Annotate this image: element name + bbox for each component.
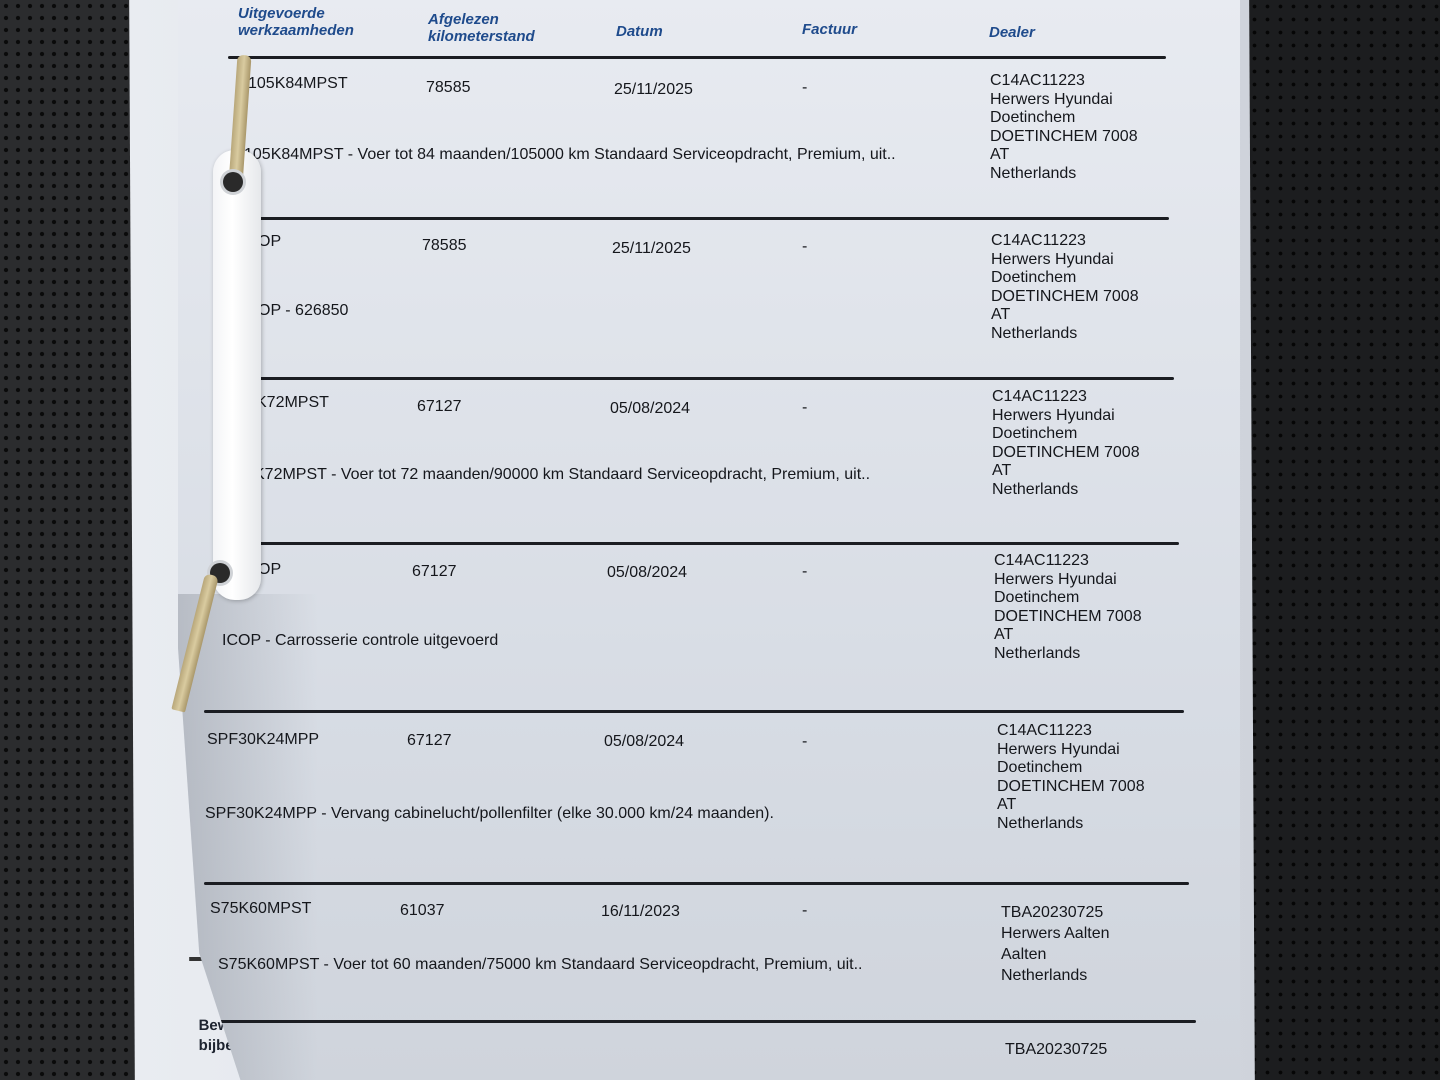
dealer-code: TBA20230725: [1005, 1041, 1107, 1059]
invoice-value: -: [802, 733, 807, 751]
row-rule: [204, 710, 1184, 713]
date-value: 05/08/2024: [607, 564, 687, 582]
work-description: OP - 626850: [258, 302, 348, 320]
punch-hole-top: [223, 172, 243, 192]
date-value: 05/08/2024: [610, 400, 690, 418]
work-code: K72MPST: [256, 394, 329, 412]
date-value: 25/11/2025: [612, 240, 691, 258]
work-code: 105K84MPST: [248, 75, 348, 93]
date-value: 25/11/2025: [614, 81, 693, 99]
invoice-value: -: [802, 902, 807, 920]
dealer-address: C14AC11223 Herwers Hyundai Doetinchem DO…: [997, 722, 1145, 833]
work-description: K72MPST - Voer tot 72 maanden/90000 km S…: [254, 466, 870, 484]
date-value: 05/08/2024: [604, 733, 684, 751]
work-code: SPF30K24MPP: [207, 731, 319, 749]
dealer-address: C14AC11223 Herwers Hyundai Doetinchem DO…: [994, 552, 1142, 663]
header-invoice: Factuur: [802, 21, 857, 38]
work-description: S75K60MPST - Voer tot 60 maanden/75000 k…: [218, 956, 863, 974]
invoice-value: -: [802, 238, 807, 256]
header-work: Uitgevoerde werkzaamheden: [238, 5, 378, 39]
dealer-address: C14AC11223 Herwers Hyundai Doetinchem DO…: [992, 388, 1140, 499]
dealer-address: TBA20230725 Herwers Aalten Aalten Nether…: [1001, 902, 1110, 986]
work-code: OP: [258, 561, 281, 579]
row-rule: [238, 217, 1169, 220]
header-dealer: Dealer: [989, 24, 1035, 41]
binder-tab: [213, 150, 261, 600]
km-value: 67127: [412, 563, 457, 581]
km-value: 67127: [407, 732, 452, 750]
row-rule: [232, 542, 1179, 545]
work-description: SPF30K24MPP - Vervang cabinelucht/pollen…: [205, 805, 774, 823]
date-value: 16/11/2023: [601, 903, 680, 921]
km-value: 61037: [400, 902, 445, 920]
km-value: 67127: [417, 398, 462, 416]
row-rule: [214, 1020, 1196, 1023]
service-history-page: Uitgevoerde werkzaamheden Afgelezen kilo…: [178, 0, 1240, 1080]
row-rule: [236, 377, 1174, 380]
dealer-address: C14AC11223 Herwers Hyundai Doetinchem DO…: [991, 232, 1139, 343]
row-rule: [204, 882, 1189, 885]
km-value: 78585: [426, 79, 471, 97]
invoice-value: -: [802, 399, 807, 417]
invoice-value: -: [802, 79, 807, 97]
km-value: 78585: [422, 237, 467, 255]
table-header: Uitgevoerde werkzaamheden Afgelezen kilo…: [178, 0, 1240, 64]
header-rule: [228, 56, 1166, 59]
work-description: 105K84MPST - Voer tot 84 maanden/105000 …: [244, 146, 896, 164]
header-date: Datum: [616, 23, 663, 40]
work-code: OP: [258, 233, 281, 251]
work-code: S75K60MPST: [210, 900, 311, 918]
work-description: ICOP - Carrosserie controle uitgevoerd: [222, 632, 498, 650]
header-km: Afgelezen kilometerstand: [428, 11, 558, 45]
invoice-value: -: [802, 563, 807, 581]
dealer-address: C14AC11223 Herwers Hyundai Doetinchem DO…: [990, 72, 1138, 183]
